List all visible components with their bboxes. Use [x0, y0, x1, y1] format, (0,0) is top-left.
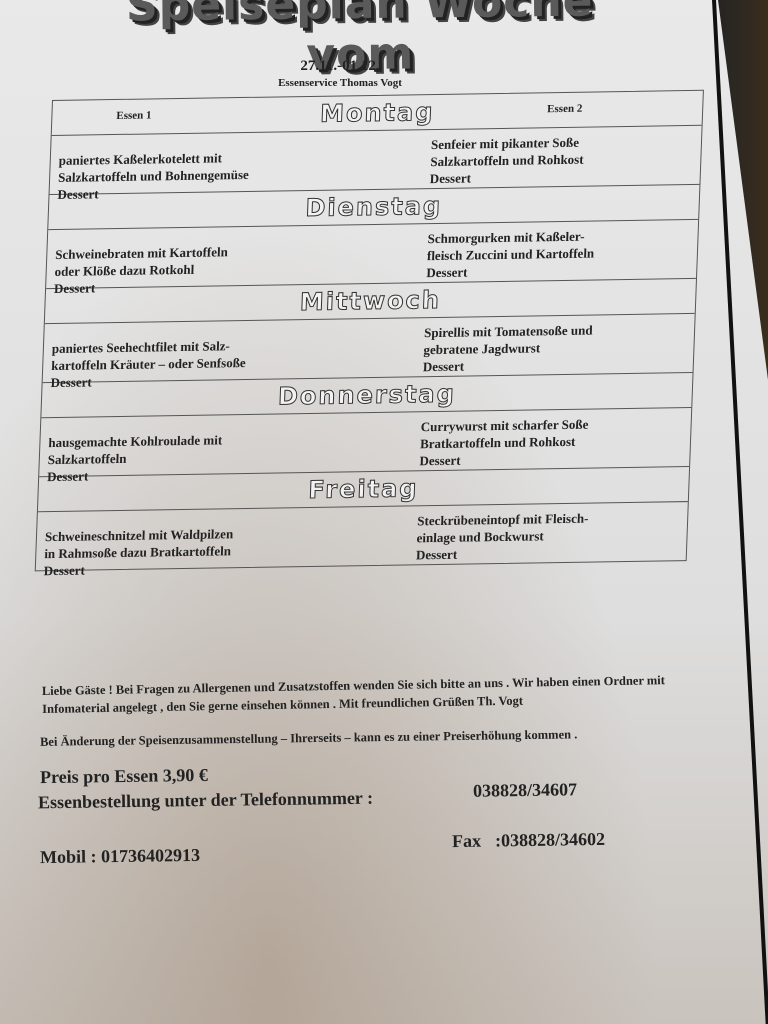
column-label-meal1: Essen 1: [116, 109, 152, 122]
mobile-number: Mobil : 01736402913: [40, 845, 200, 868]
day-row-montag: paniertes Kaßelerkotelett mit Salzkartof…: [50, 126, 702, 195]
meal-2: Schmorgurken mit Kaßeler- fleisch Zuccin…: [426, 227, 595, 281]
day-row-dienstag: Schweinebraten mit Kartoffeln oder Klöße…: [46, 220, 698, 289]
day-name: Montag: [320, 98, 435, 128]
day-name: Donnerstag: [278, 380, 457, 411]
fax-line: Fax:038828/34602: [452, 829, 605, 852]
price-per-meal: Preis pro Essen 3,90 €: [40, 765, 208, 788]
menu-table: Essen 1 Montag Essen 2 paniertes Kaßeler…: [35, 90, 704, 572]
menu-sheet: Speiseplan Woche vom 27.11.-01.12. Essen…: [0, 0, 768, 1024]
day-row-mittwoch: paniertes Seehechtfilet mit Salz- kartof…: [43, 314, 695, 383]
day-name: Mittwoch: [299, 286, 441, 316]
day-name: Freitag: [308, 474, 419, 504]
meal-2: Spirellis mit Tomatensoße und gebratene …: [423, 322, 593, 376]
column-label-meal2: Essen 2: [547, 103, 583, 116]
allergen-notice: Liebe Gäste ! Bei Fragen zu Allergenen u…: [42, 670, 733, 718]
order-phone-label: Essenbestellung unter der Telefonnummer …: [38, 788, 373, 814]
meal-2: Senfeier mit pikanter Soße Salzkartoffel…: [430, 134, 585, 187]
meal-2: Steckrübeneintopf mit Fleisch- einlage u…: [416, 510, 589, 564]
day-row-freitag: Schweineschnitzel mit Waldpilzen in Rahm…: [36, 502, 688, 570]
fax-number: :038828/34602: [495, 829, 605, 851]
fax-label: Fax: [452, 831, 481, 851]
order-phone-number: 038828/34607: [473, 779, 577, 801]
date-range: 27.11.-01.12.: [0, 58, 680, 75]
meal-2: Currywurst mit scharfer Soße Bratkartoff…: [419, 416, 589, 470]
meal-1: Schweineschnitzel mit Waldpilzen in Rahm…: [43, 525, 233, 579]
service-name: Essenservice Thomas Vogt: [0, 77, 680, 89]
day-name: Dienstag: [305, 192, 443, 222]
price-change-notice: Bei Änderung der Speisenzusammenstellung…: [40, 725, 730, 750]
day-row-donnerstag: hausgemachte Kohlroulade mit Salzkartoff…: [39, 408, 691, 477]
